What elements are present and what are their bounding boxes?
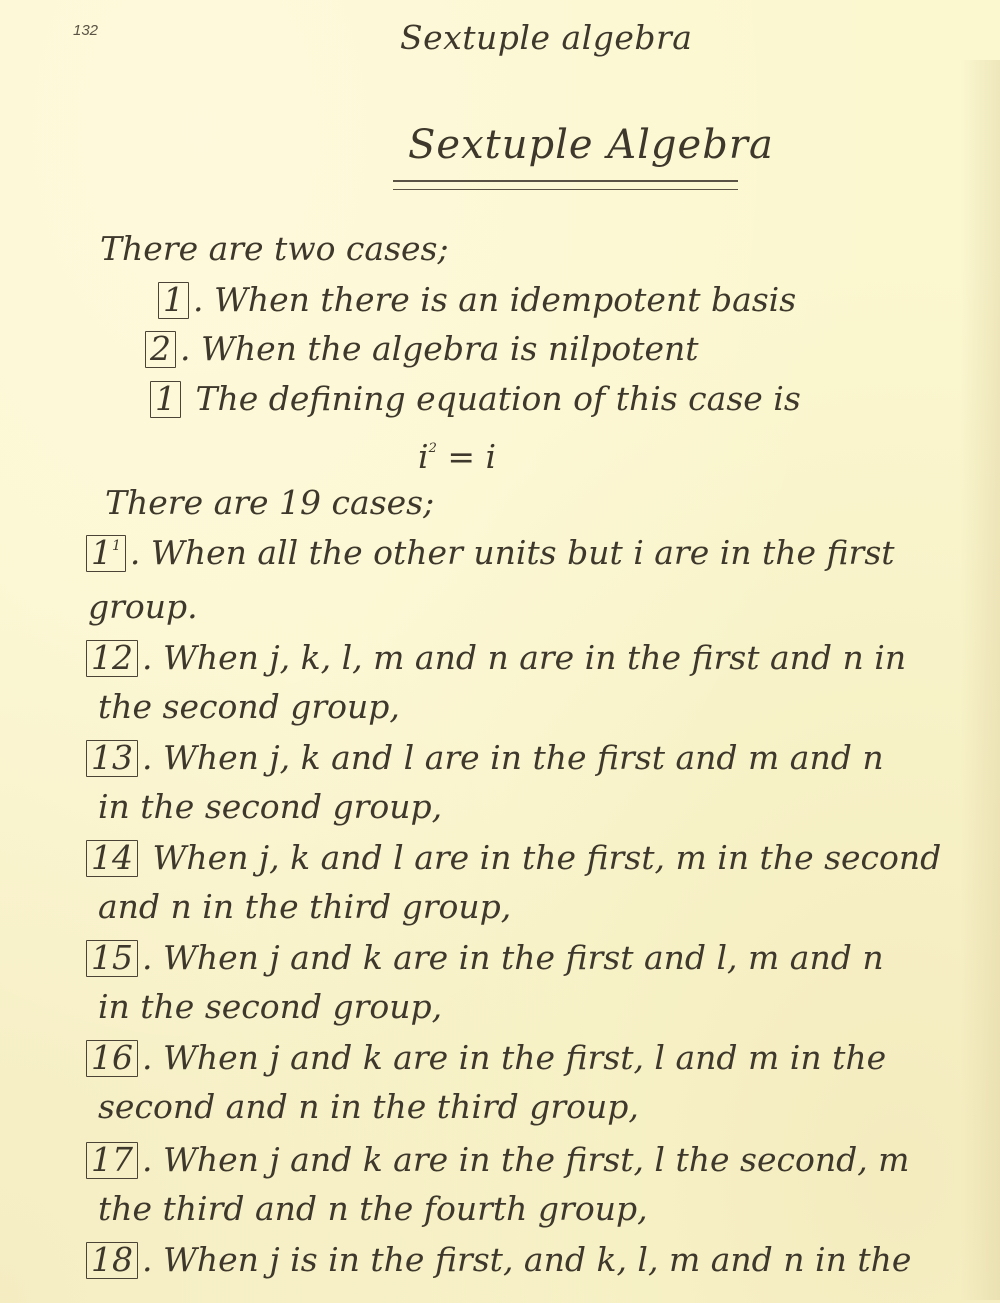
subcase-continuation: second and n in the third group,: [98, 1090, 639, 1123]
subcase-item: 14 When j, k and l are in the first, m i…: [86, 840, 941, 877]
case-text: The defining equation of this case is: [185, 379, 801, 418]
case-text: . When there is an idempotent basis: [193, 280, 796, 319]
subcase-item: 16. When j and k are in the first, l and…: [86, 1040, 886, 1077]
subcase-continuation: in the second group,: [98, 790, 442, 823]
subcase-item: 13. When j, k and l are in the first and…: [86, 740, 884, 777]
document-page: 132 Sextuple algebra Sextuple Algebra Th…: [0, 0, 1000, 1303]
running-head: Sextuple algebra: [400, 18, 692, 57]
case-label: 18: [86, 1242, 138, 1279]
subcase-continuation: the third and n the fourth group,: [98, 1192, 648, 1225]
case-label: 1: [158, 282, 189, 319]
subcase-continuation: in the second group,: [98, 990, 442, 1023]
page-edge-shadow: [960, 60, 1000, 1300]
case-1-definition: 1 The defining equation of this case is: [150, 381, 801, 418]
intro-case-1: 1. When there is an idempotent basis: [158, 282, 796, 319]
case-text: . When the algebra is nilpotent: [180, 329, 699, 368]
subcases-heading: There are 19 cases;: [105, 486, 434, 519]
case-label: 11: [86, 535, 126, 572]
page-title: Sextuple Algebra: [408, 122, 774, 168]
case-label: 13: [86, 740, 138, 777]
page-number: 132: [73, 22, 98, 39]
case-label: 12: [86, 640, 138, 677]
intro-case-2: 2. When the algebra is nilpotent: [145, 331, 699, 368]
case-label: 14: [86, 840, 138, 877]
intro-heading: There are two cases;: [100, 232, 449, 265]
title-double-underline: [393, 180, 738, 190]
subcase-item: 12. When j, k, l, m and n are in the fir…: [86, 640, 906, 677]
subcase-continuation: and n in the third group,: [98, 890, 511, 923]
case-label: 16: [86, 1040, 138, 1077]
defining-equation: i2 = i: [418, 437, 496, 476]
subcase-continuation: the second group,: [98, 690, 400, 723]
subcase-continuation: group.: [88, 590, 198, 623]
case-label: 1: [150, 381, 181, 418]
subcase-item: 17. When j and k are in the first, l the…: [86, 1142, 909, 1179]
case-label: 17: [86, 1142, 138, 1179]
subcase-item: 15. When j and k are in the first and l,…: [86, 940, 884, 977]
subcase-item: 11. When all the other units but i are i…: [86, 535, 895, 572]
subcase-item: 18. When j is in the first, and k, l, m …: [86, 1242, 911, 1279]
case-label: 2: [145, 331, 176, 368]
case-label: 15: [86, 940, 138, 977]
